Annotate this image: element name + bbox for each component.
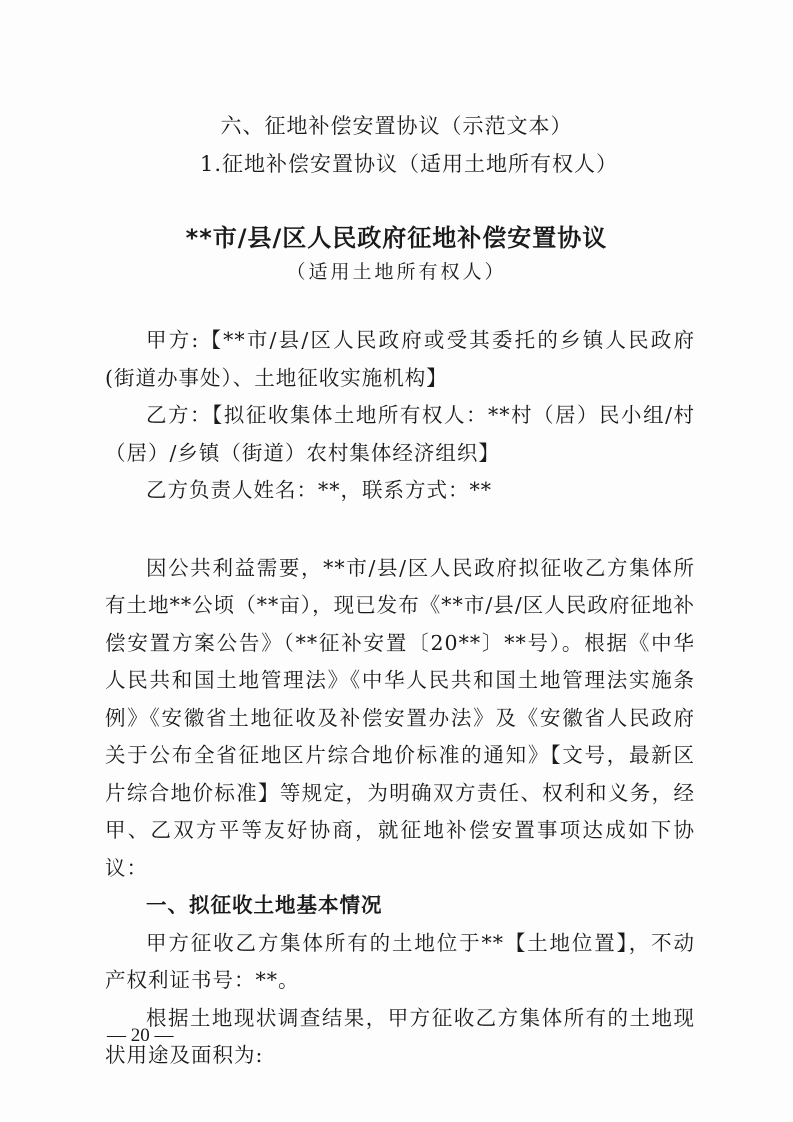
page-number: — 20 — <box>107 1025 174 1047</box>
document-page: 六、征地补偿安置协议（示范文本） 1.征地补偿安置协议（适用土地所有权人） **… <box>0 0 793 1122</box>
article-1-heading: 一、拟征收土地基本情况 <box>105 887 695 925</box>
article-1-paragraph-2: 根据土地现状调查结果，甲方征收乙方集体所有的土地现状用途及面积为: <box>105 1000 695 1075</box>
party-b-contact: 乙方负责人姓名：**，联系方式：** <box>105 472 695 510</box>
article-1-paragraph-1: 甲方征收乙方集体所有的土地位于**【土地位置】，不动产权利证书号：**。 <box>105 925 695 1000</box>
agreement-body: 甲方:【**市/县/区人民政府或受其委托的乡镇人民政府(街道办事处）、土地征收实… <box>105 322 695 1075</box>
party-a: 甲方:【**市/县/区人民政府或受其委托的乡镇人民政府(街道办事处）、土地征收实… <box>105 322 695 397</box>
agreement-title: **市/县/区人民政府征地补偿安置协议 <box>0 218 793 253</box>
agreement-subtitle: （适用土地所有权人） <box>0 257 793 284</box>
preamble-paragraph: 因公共利益需要，**市/县/区人民政府拟征收乙方集体所有土地**公顷（**亩），… <box>105 550 695 888</box>
section-heading: 六、征地补偿安置协议（示范文本） <box>0 110 793 140</box>
party-b: 乙方：【拟征收集体土地所有权人：**村（居）民小组/村（居）/乡镇（街道）农村集… <box>105 397 695 472</box>
sub-heading: 1.征地补偿安置协议（适用土地所有权人） <box>200 148 618 178</box>
spacer <box>105 510 695 550</box>
